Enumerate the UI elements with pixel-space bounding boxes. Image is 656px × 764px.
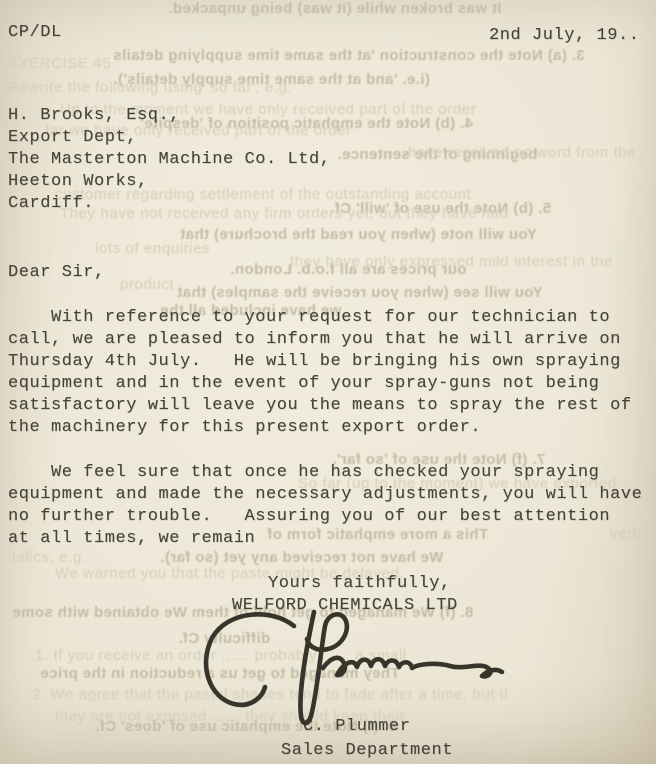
recipient-address-line: Export Dept, xyxy=(8,127,137,149)
recipient-address-line: Cardiff. xyxy=(8,193,94,215)
recipient-address-line: H. Brooks, Esq., xyxy=(8,105,180,127)
signatory-department-line: Sales Department xyxy=(281,740,453,762)
salutation-line: Dear Sir, xyxy=(8,262,105,284)
signature-scrawl xyxy=(198,606,510,730)
recipient-address-line: The Masterton Machine Co. Ltd, xyxy=(8,149,331,171)
paragraph-1-line: call, we are pleased to inform you that … xyxy=(8,329,621,351)
paragraph-1-line: With reference to your request for our t… xyxy=(8,307,610,329)
paragraph-2-line: at all times, we remain xyxy=(8,528,255,550)
closing-line: Yours faithfully, xyxy=(268,573,451,595)
recipient-address-line: Heeton Works, xyxy=(8,171,148,193)
paragraph-2-line: no further trouble. Assuring you of our … xyxy=(8,506,610,528)
paragraph-1-line: Thursday 4th July. He will be bringing h… xyxy=(8,351,621,373)
letter-scan-page: It was broken while (it was) being unpac… xyxy=(0,0,656,764)
paragraph-2-line: We feel sure that once he has checked yo… xyxy=(8,462,599,484)
reference-line: CP/DL xyxy=(8,22,62,44)
paragraph-1-line: satisfactory will leave you the means to… xyxy=(8,395,632,417)
date-line: 2nd July, 19.. xyxy=(489,25,640,47)
paragraph-1-line: equipment and in the event of your spray… xyxy=(8,373,599,395)
paragraph-2-line: equipment and made the necessary adjustm… xyxy=(8,484,642,506)
paragraph-1-line: the machinery for this present export or… xyxy=(8,417,481,439)
